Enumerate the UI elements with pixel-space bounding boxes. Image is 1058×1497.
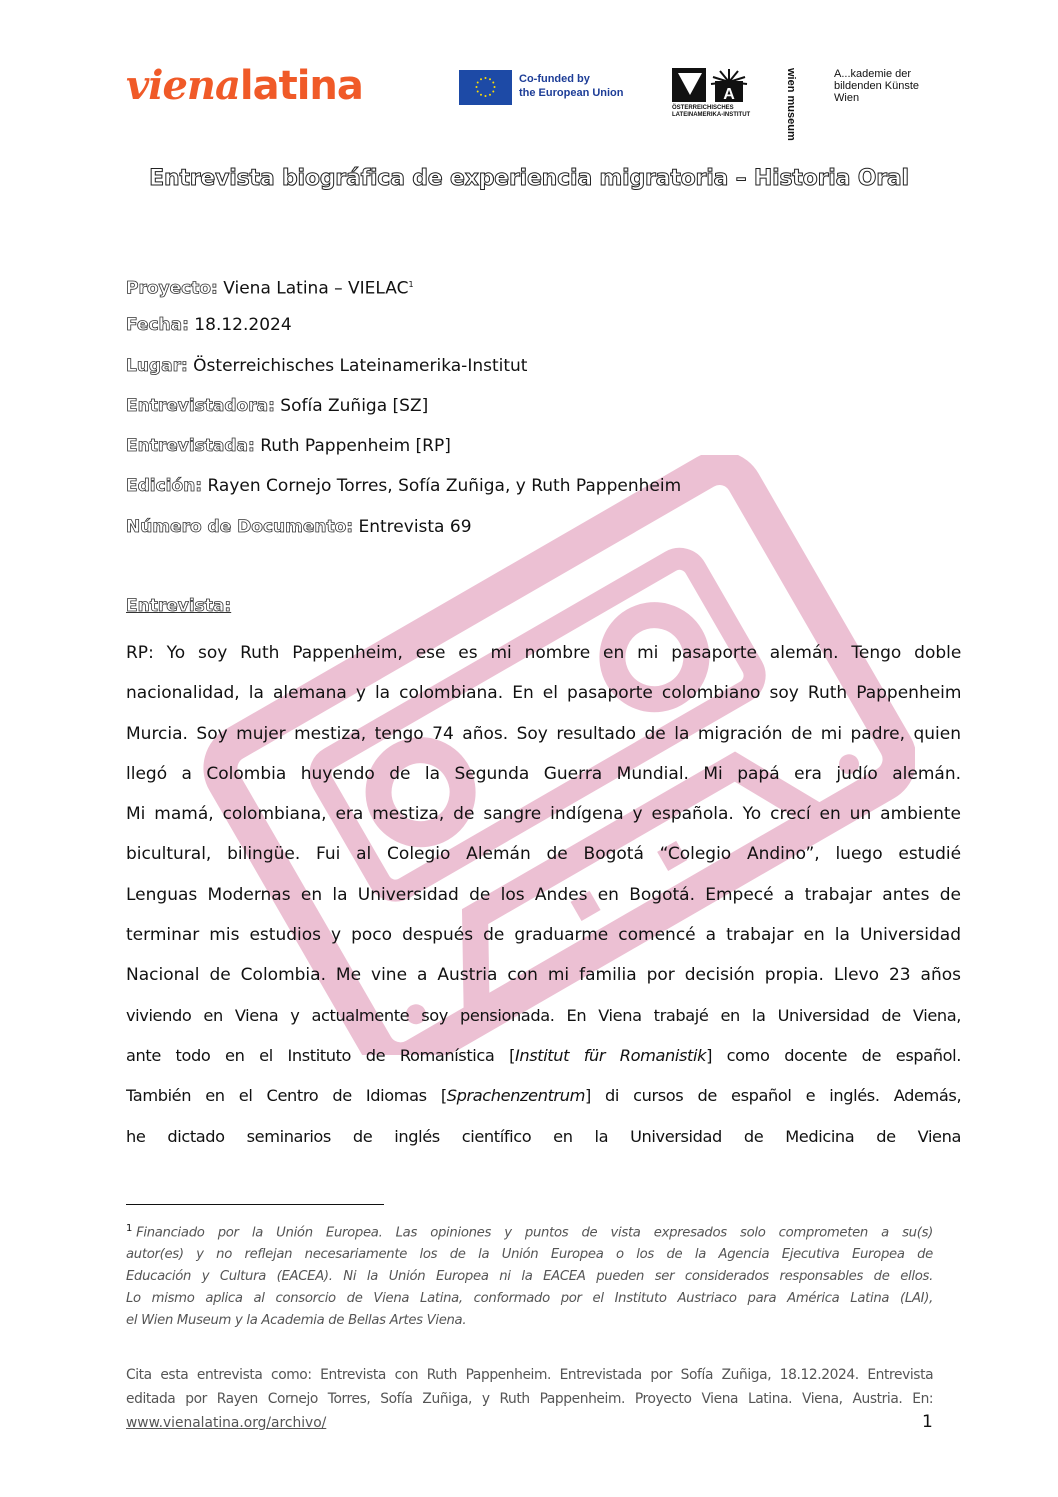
citation-line: Cita esta entrevista como: Entrevista co… <box>126 1363 933 1387</box>
body-line: nacionalidad, la alemana y la colombiana… <box>126 673 961 713</box>
meta-label: Fecha: <box>126 315 189 335</box>
body-text-segment: ] como docente de español. <box>706 1046 961 1065</box>
page-number: 1 <box>922 1412 933 1432</box>
akademie-line-1: A...kademie der <box>834 68 919 80</box>
body-text-segment: ante todo en el Instituto de Romanística… <box>126 1046 515 1065</box>
meta-label: Proyecto: <box>126 279 218 299</box>
footnote-divider <box>126 1204 384 1205</box>
body-line: RP: Yo soy Ruth Pappenheim, ese es mi no… <box>126 633 961 673</box>
body-line: Murcia. Soy mujer mestiza, tengo 74 años… <box>126 714 961 754</box>
meta-row-edicion: Edición: Rayen Cornejo Torres, Sofía Zuñ… <box>126 473 681 513</box>
wien-museum-text: wien museum <box>786 68 796 141</box>
body-line: terminar mis estudios y poco después de … <box>126 915 961 955</box>
metadata-block: Proyecto: Viena Latina – VIELAC1 Fecha: … <box>126 272 681 554</box>
footnote: 1Financiado por la Unión Europea. Las op… <box>126 1218 933 1332</box>
body-line: Nacional de Colombia. Me vine a Austria … <box>126 955 961 995</box>
meta-label: Lugar: <box>126 356 188 376</box>
meta-row-proyecto: Proyecto: Viena Latina – VIELAC1 <box>126 272 681 312</box>
meta-row-entrevistada: Entrevistada: Ruth Pappenheim [RP] <box>126 433 681 473</box>
vienalatina-logo: vienalatina <box>126 62 363 109</box>
logo-latina-text: latina <box>240 63 363 109</box>
meta-label: Número de Documento: <box>126 517 353 537</box>
interview-body: RP: Yo soy Ruth Pappenheim, ese es mi no… <box>126 633 961 1157</box>
meta-row-fecha: Fecha: 18.12.2024 <box>126 312 681 352</box>
eu-cofunded-label: Co-funded by the European Union <box>519 72 624 100</box>
meta-value: Viena Latina – VIELAC <box>218 279 409 299</box>
body-italic-term: Sprachenzentrum <box>447 1086 585 1105</box>
footnote-line: Lo mismo aplica al consorcio de Viena La… <box>126 1288 933 1310</box>
akademie-line-3: Wien <box>834 92 919 104</box>
body-text-segment: ] di cursos de español e inglés. Además, <box>585 1086 961 1105</box>
body-line: viviendo en Viena y actualmente soy pens… <box>126 996 961 1036</box>
lai-v-icon <box>672 68 706 102</box>
citation-line: editada por Rayen Cornejo Torres, Sofía … <box>126 1387 933 1411</box>
body-text-segment: También en el Centro de Idiomas [ <box>126 1086 447 1105</box>
meta-row-lugar: Lugar: Österreichisches Lateinamerika-In… <box>126 353 681 393</box>
wien-museum-logo: wien museum <box>778 68 798 138</box>
body-line: También en el Centro de Idiomas [Sprache… <box>126 1076 961 1116</box>
meta-value: 18.12.2024 <box>189 315 292 335</box>
lai-line-1: ÖSTERREICHISCHES <box>672 105 752 112</box>
footnote-ref[interactable]: 1 <box>409 280 414 289</box>
meta-value: Ruth Pappenheim [RP] <box>255 436 451 456</box>
body-line: he dictado seminarios de inglés científi… <box>126 1117 961 1157</box>
archive-link[interactable]: www.vienalatina.org/archivo/ <box>126 1415 326 1431</box>
meta-value: Entrevista 69 <box>353 517 471 537</box>
meta-label: Entrevistadora: <box>126 396 275 416</box>
logo-viena-text: viena <box>126 62 240 109</box>
eu-line-2: the European Union <box>519 86 624 100</box>
meta-label: Edición: <box>126 476 202 496</box>
footnote-line: Educación y Cultura (EACEA). Ni la Unión… <box>126 1266 933 1288</box>
footnote-line: el Wien Museum y la Academia de Bellas A… <box>126 1310 933 1332</box>
citation-block: Cita esta entrevista como: Entrevista co… <box>126 1363 933 1435</box>
lai-sun-icon: A <box>709 68 749 102</box>
body-italic-term: Institut für Romanistik <box>515 1046 706 1065</box>
akademie-line-2: bildenden Künste <box>834 80 919 92</box>
meta-value: Sofía Zuñiga [SZ] <box>275 396 428 416</box>
lai-line-2: LATEINAMERIKA-INSTITUT <box>672 112 752 119</box>
body-line: bicultural, bilingüe. Fui al Colegio Ale… <box>126 834 961 874</box>
meta-label: Entrevistada: <box>126 436 255 456</box>
meta-row-numero-documento: Número de Documento: Entrevista 69 <box>126 514 681 554</box>
lai-logo: A ÖSTERREICHISCHES LATEINAMERIKA-INSTITU… <box>672 68 752 119</box>
footnote-line: 1Financiado por la Unión Europea. Las op… <box>126 1218 933 1244</box>
body-line: Mi mamá, colombiana, era mestiza, de san… <box>126 794 961 834</box>
svg-text:A: A <box>723 86 735 102</box>
document-title: Entrevista biográfica de experiencia mig… <box>0 166 1058 191</box>
meta-row-entrevistadora: Entrevistadora: Sofía Zuñiga [SZ] <box>126 393 681 433</box>
body-line: ante todo en el Instituto de Romanística… <box>126 1036 961 1076</box>
eu-flag-icon <box>459 70 512 105</box>
meta-value: Rayen Cornejo Torres, Sofía Zuñiga, y Ru… <box>202 476 681 496</box>
body-line: Lenguas Modernas en la Universidad de lo… <box>126 875 961 915</box>
footnote-number: 1 <box>126 1223 132 1234</box>
eu-line-1: Co-funded by <box>519 72 624 86</box>
meta-value: Österreichisches Lateinamerika-Institut <box>188 356 528 376</box>
footnote-line: autor(es) y no reflejan necesariamente l… <box>126 1244 933 1266</box>
body-line: llegó a Colombia huyendo de la Segunda G… <box>126 754 961 794</box>
akademie-logo: A...kademie der bildenden Künste Wien <box>834 68 919 104</box>
footnote-text: Financiado por la Unión Europea. Las opi… <box>136 1225 933 1240</box>
section-heading-entrevista: Entrevista: <box>126 596 231 616</box>
